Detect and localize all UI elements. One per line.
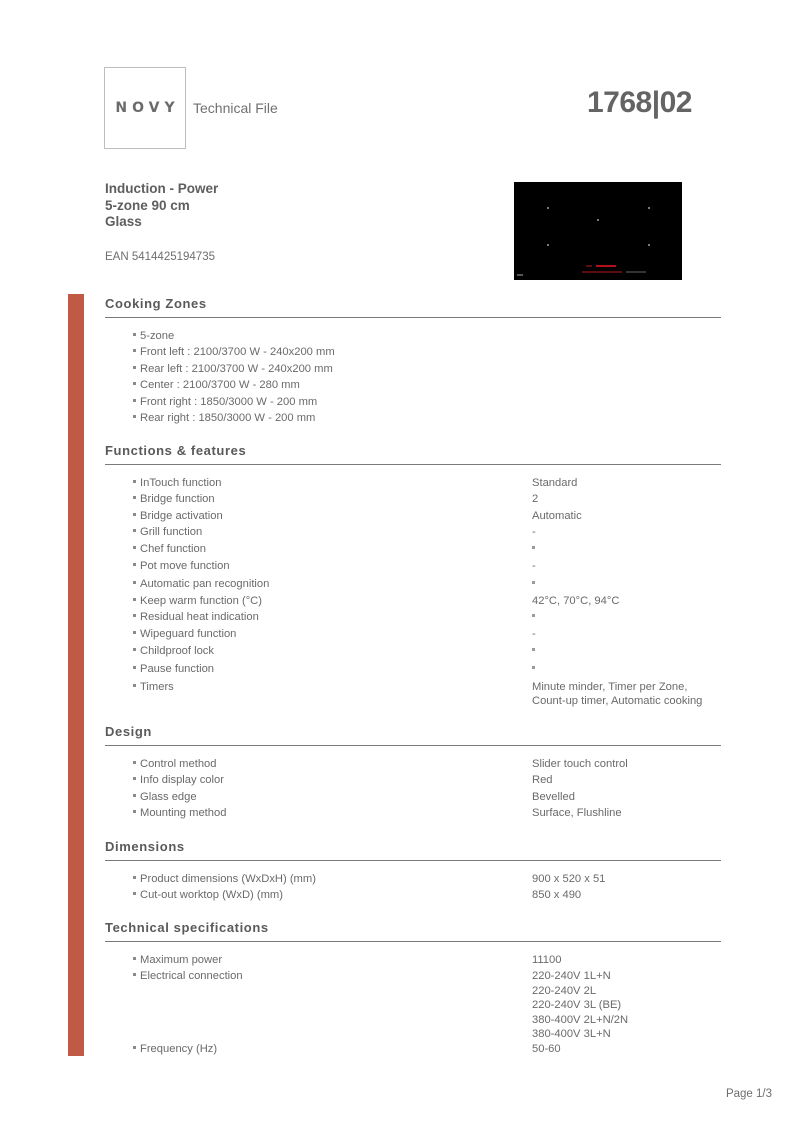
spec-label: Bridge function <box>133 492 215 507</box>
spec-label: Residual heat indication <box>133 610 259 625</box>
feature-present-icon <box>532 577 535 592</box>
spec-label: Timers <box>133 680 174 695</box>
spec-value: 50-60 <box>532 1042 561 1057</box>
spec-row: Childproof lock <box>105 644 721 663</box>
spec-label: Front right : 1850/3000 W - 200 mm <box>133 395 317 410</box>
spec-row: Electrical connection220-240V 1L+N 220-2… <box>105 969 721 1042</box>
spec-row: TimersMinute minder, Timer per Zone, Cou… <box>105 680 721 710</box>
spec-value: 2 <box>532 492 538 507</box>
product-title-line: 5-zone 90 cm <box>105 198 218 215</box>
spec-label: Cut-out worktop (WxD) (mm) <box>133 888 283 903</box>
spec-row: Automatic pan recognition <box>105 577 721 595</box>
spec-value: 42°C, 70°C, 94°C <box>532 594 619 609</box>
spec-value: - <box>532 525 536 540</box>
hob-logo-mark <box>517 274 523 276</box>
section-technical-specifications: Technical specificationsMaximum power111… <box>105 920 721 1059</box>
spec-value: Automatic <box>532 509 582 524</box>
spec-list: Product dimensions (WxDxH) (mm)900 x 520… <box>105 872 721 905</box>
spec-label: Bridge activation <box>133 509 223 524</box>
spec-row: InTouch functionStandard <box>105 476 721 492</box>
spec-row: Chef function <box>105 542 721 560</box>
zone-marker <box>648 207 650 209</box>
spec-label: Electrical connection <box>133 969 243 984</box>
spec-value: Red <box>532 773 553 788</box>
spec-row: Cut-out worktop (WxD) (mm)850 x 490 <box>105 888 721 904</box>
spec-row: Rear left : 2100/3700 W - 240x200 mm <box>105 362 721 378</box>
spec-row: Bridge function2 <box>105 492 721 508</box>
spec-label: Chef function <box>133 542 206 557</box>
spec-row: Rear right : 1850/3000 W - 200 mm <box>105 411 721 427</box>
spec-row: 5-zone <box>105 329 721 345</box>
spec-row: Control methodSlider touch control <box>105 757 721 773</box>
document-number: 1768|02 <box>587 86 692 120</box>
spec-row: Pot move function- <box>105 559 721 577</box>
feature-present-icon <box>532 644 535 659</box>
spec-label: Mounting method <box>133 806 226 821</box>
spec-label: Keep warm function (°C) <box>133 594 262 609</box>
spec-row: Frequency (Hz)50-60 <box>105 1042 721 1058</box>
spec-label: Automatic pan recognition <box>133 577 269 592</box>
spec-value: Slider touch control <box>532 757 628 772</box>
ean-code: EAN 5414425194735 <box>105 251 215 263</box>
brand-logo: NOVY <box>110 100 179 116</box>
spec-row: Glass edgeBevelled <box>105 790 721 806</box>
spec-label: Glass edge <box>133 790 197 805</box>
accent-bar <box>68 294 84 1056</box>
spec-value: 850 x 490 <box>532 888 581 903</box>
spec-label: Product dimensions (WxDxH) (mm) <box>133 872 316 887</box>
spec-row: Maximum power11100 <box>105 953 721 969</box>
section-title: Design <box>105 724 721 746</box>
spec-list: Control methodSlider touch controlInfo d… <box>105 757 721 823</box>
spec-label: Wipeguard function <box>133 627 236 642</box>
feature-present-icon <box>532 662 535 677</box>
document-label: Technical File <box>193 100 278 116</box>
control-display <box>596 265 616 267</box>
product-title-line: Glass <box>105 214 218 231</box>
spec-label: Control method <box>133 757 217 772</box>
spec-row: Keep warm function (°C)42°C, 70°C, 94°C <box>105 594 721 610</box>
section-title: Functions & features <box>105 443 721 465</box>
section-functions-features: Functions & featuresInTouch functionStan… <box>105 443 721 710</box>
spec-value: Minute minder, Timer per Zone, Count-up … <box>532 680 702 709</box>
spec-label: Info display color <box>133 773 224 788</box>
spec-value: 900 x 520 x 51 <box>532 872 605 887</box>
spec-value: Bevelled <box>532 790 575 805</box>
zone-marker <box>597 219 599 221</box>
spec-label: Frequency (Hz) <box>133 1042 217 1057</box>
spec-label: Maximum power <box>133 953 222 968</box>
spec-value: - <box>532 559 536 574</box>
feature-present-icon <box>532 610 535 625</box>
spec-row: Center : 2100/3700 W - 280 mm <box>105 378 721 394</box>
spec-row: Residual heat indication <box>105 610 721 627</box>
spec-value: Standard <box>532 476 577 491</box>
section-title: Dimensions <box>105 839 721 861</box>
control-slider <box>582 271 622 273</box>
spec-label: Rear right : 1850/3000 W - 200 mm <box>133 411 315 426</box>
spec-label: Front left : 2100/3700 W - 240x200 mm <box>133 345 335 360</box>
zone-marker <box>547 244 549 246</box>
section-title: Technical specifications <box>105 920 721 942</box>
section-design: DesignControl methodSlider touch control… <box>105 724 721 823</box>
section-title: Cooking Zones <box>105 296 721 318</box>
section-cooking-zones: Cooking Zones5-zoneFront left : 2100/370… <box>105 296 721 427</box>
spec-label: Grill function <box>133 525 202 540</box>
feature-present-icon <box>532 542 535 557</box>
spec-row: Bridge activationAutomatic <box>105 509 721 525</box>
spec-list: 5-zoneFront left : 2100/3700 W - 240x200… <box>105 329 721 427</box>
spec-label: Pot move function <box>133 559 230 574</box>
logo-box: NOVY <box>104 67 186 149</box>
section-dimensions: DimensionsProduct dimensions (WxDxH) (mm… <box>105 839 721 905</box>
spec-row: Front right : 1850/3000 W - 200 mm <box>105 395 721 411</box>
spec-label: Pause function <box>133 662 214 677</box>
product-title-line: Induction - Power <box>105 181 218 198</box>
product-image-hob <box>514 182 682 280</box>
spec-list: InTouch functionStandardBridge function2… <box>105 476 721 710</box>
spec-row: Product dimensions (WxDxH) (mm)900 x 520… <box>105 872 721 888</box>
spec-row: Grill function- <box>105 525 721 541</box>
spec-label: Center : 2100/3700 W - 280 mm <box>133 378 300 393</box>
spec-label: InTouch function <box>133 476 221 491</box>
spec-label: Rear left : 2100/3700 W - 240x200 mm <box>133 362 333 377</box>
zone-marker <box>547 207 549 209</box>
spec-row: Pause function <box>105 662 721 680</box>
control-display <box>586 265 592 267</box>
spec-value: Surface, Flushline <box>532 806 622 821</box>
spec-list: Maximum power11100Electrical connection2… <box>105 953 721 1059</box>
spec-row: Mounting methodSurface, Flushline <box>105 806 721 822</box>
spec-value: 220-240V 1L+N 220-240V 2L 220-240V 3L (B… <box>532 969 628 1042</box>
spec-label: Childproof lock <box>133 644 214 659</box>
page-number: Page 1/3 <box>726 1088 772 1100</box>
spec-row: Wipeguard function- <box>105 627 721 643</box>
spec-value: - <box>532 627 536 642</box>
control-slider <box>626 271 646 273</box>
product-title: Induction - Power 5-zone 90 cm Glass <box>105 181 218 231</box>
zone-marker <box>648 244 650 246</box>
spec-row: Front left : 2100/3700 W - 240x200 mm <box>105 345 721 361</box>
spec-value: 11100 <box>532 953 561 968</box>
spec-label: 5-zone <box>133 329 174 344</box>
spec-row: Info display colorRed <box>105 773 721 789</box>
